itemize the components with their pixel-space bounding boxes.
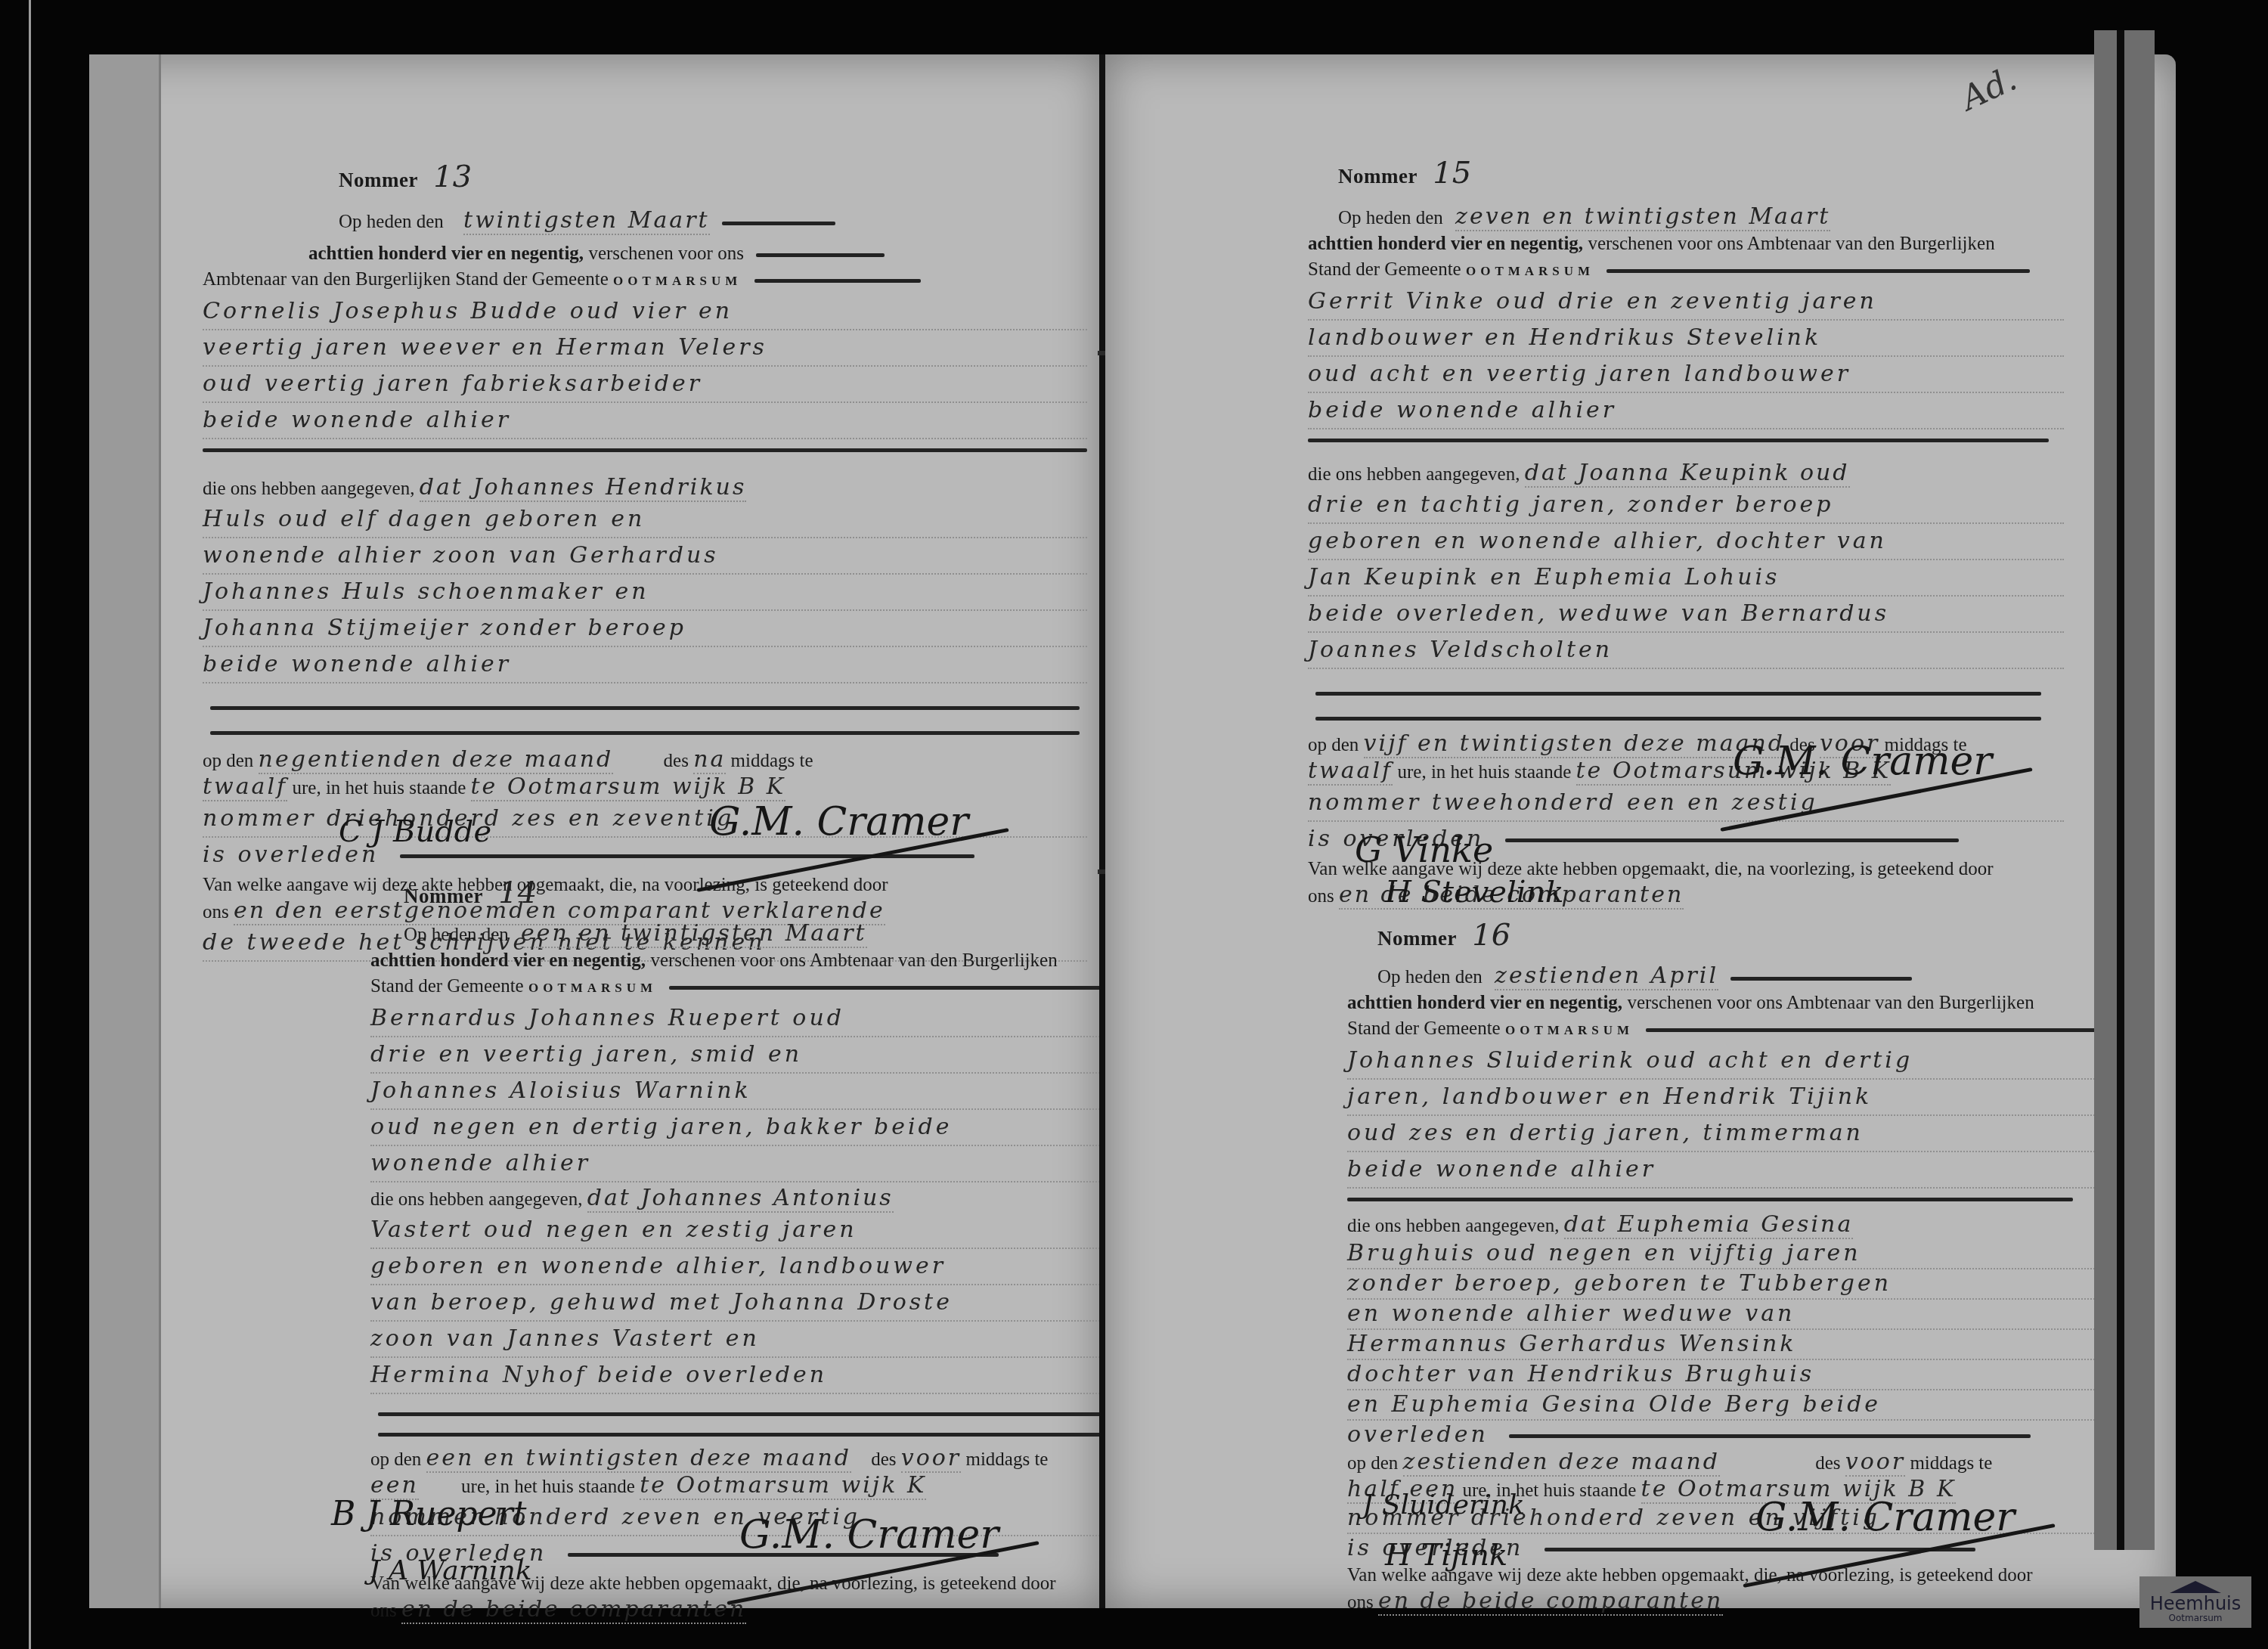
aangegeven-line: die ons hebben aangegeven, dat Euphemia … [1347,1212,2103,1239]
verschenen-text: verschenen voor ons Ambtenaar van den Bu… [1627,993,2034,1013]
year-phrase: achttien honderd vier en negentig, [1308,234,1583,254]
op-den-line: op den negentienden deze maand des na mi… [203,747,1087,774]
comparants-block: Cornelis Josephus Budde oud vier en veer… [203,294,1087,439]
date-written: zeven en twintigsten Maart [1455,203,1830,231]
declared-line: Joannes Veldscholten [1308,633,2064,669]
municipality: OOTMARSUM [1466,264,1594,278]
voor-na: voor [901,1445,961,1473]
comparant-line: drie en veertig jaren, smid en [370,1037,1126,1074]
declared-line: Hermannus Gerhardus Wensink [1347,1330,2103,1360]
comparant-line: oud acht en veertig jaren landbouwer [1308,357,2064,393]
declared-line: dat Euphemia Gesina [1564,1211,1854,1239]
filler-rule [1505,838,1959,842]
comparants-block: Johannes Sluiderink oud acht en dertig j… [1347,1043,2103,1189]
filler-rule [722,222,835,225]
register-book: Nommer 13 Op heden den twintigsten Maart… [89,54,2176,1608]
stand-line: Stand der Gemeente OOTMARSUM [1308,257,2094,284]
op-heden-label: Op heden den [1377,967,1483,987]
death-day: zestienden deze maand [1403,1449,1720,1477]
declared-line: dat Joanna Keupink oud [1525,460,1850,488]
filler-rule [754,279,921,283]
declared-line: Brughuis oud negen en vijftig jaren [1347,1239,2103,1269]
death-day: een en twintigsten deze maand [426,1445,851,1473]
declared-line: Johanna Stijmeijer zonder beroep [203,611,1087,647]
scanner-edge-line [29,0,31,1649]
signature-comparant: J Sluiderink [1362,1489,1525,1520]
filler-rule [1606,269,2030,273]
voor-na: voor [1845,1449,1905,1477]
section-rule [1315,717,2041,721]
op-heden-label: Op heden den [1338,208,1443,228]
op-den-line: op den een en twintigsten deze maand des… [370,1446,1126,1473]
next-sheet-edge [2094,30,2155,1550]
date-line: Op heden den zestienden April [1377,963,2133,990]
stand-label: Stand der Gemeente [1347,1018,1501,1039]
declared-line: zoon van Jannes Vastert en [370,1322,1126,1358]
aangegeven-label: die ons hebben aangegeven, [1347,1216,1559,1236]
declared-line: zonder beroep, geboren te Tubbergen [1347,1269,2103,1300]
verschenen-text: verschenen voor ons [588,243,744,264]
declared-line: dat Johannes Hendrikus [420,474,747,502]
op-heden-label: Op heden den [339,212,444,232]
declared-line: dochter van Hendrikus Brughuis [1347,1360,2103,1390]
declared-line: geboren en wonende alhier, dochter van [1308,524,2064,560]
op-den-label: op den [203,751,253,771]
signed-by: en de beide comparanten [401,1596,746,1624]
nommer-label: Nommer [1377,927,1457,950]
ambtenaar-text: Ambtenaar van den Burgerlijken Stand der… [203,269,609,290]
right-page: Ad. Nommer 15 Op heden den zeven en twin… [1105,54,2176,1608]
aangegeven-line: die ons hebben aangegeven, dat Joanna Ke… [1308,460,2064,488]
nommer-label: Nommer [1338,165,1417,188]
record-number: 16 [1472,918,1510,953]
stand-line: Stand der Gemeente OOTMARSUM [1347,1016,2133,1043]
section-rule [378,1412,1104,1416]
signature-comparant: H Stevelink [1385,875,1564,910]
section-rule [1347,1198,2073,1201]
filler-rule [669,986,1115,990]
signature-comparant: G Vinke [1355,829,1493,870]
declared-line: drie en tachtig jaren, zonder beroep [1308,488,2064,524]
filler-rule [1730,977,1912,981]
signature-comparant: B J Ruepert [331,1495,526,1533]
declared-line: en wonende alhier weduwe van [1347,1300,2103,1330]
comparant-line: landbouwer en Hendrikus Stevelink [1308,321,2064,357]
signature-official: G.M. Cramer [709,799,968,845]
section-rule [210,706,1080,710]
op-heden-label: Op heden den [404,925,509,945]
declared-line: overleden [1347,1421,1489,1448]
stand-line: Stand der Gemeente OOTMARSUM [370,974,1160,1001]
section-rule [378,1433,1104,1437]
comparant-line: Johannes Sluiderink oud acht en dertig [1347,1043,2103,1080]
op-den-label: op den [1347,1453,1398,1474]
year-line: achttien honderd vier en negentig, versc… [1308,231,2094,257]
left-page: Nommer 13 Op heden den twintigsten Maart… [89,54,1102,1608]
ons-label: ons [1308,886,1334,907]
watermark-title: Heemhuis [2150,1595,2242,1613]
corner-annotation: Ad. [1956,60,2023,118]
declared-line: Huls oud elf dagen geboren en [203,502,1087,538]
section-rule [1315,692,2041,696]
des-label: des [871,1449,896,1470]
declared-line: en Euphemia Gesina Olde Berg beide [1347,1390,2103,1421]
op-den-line: op den zestienden deze maand des voor mi… [1347,1449,2103,1477]
comparant-line: veertig jaren weever en Herman Velers [203,330,1087,367]
hour: twaalf [1308,758,1393,786]
comparant-line: oud zes en dertig jaren, timmerman [1347,1116,2103,1152]
comparant-line: Cornelis Josephus Budde oud vier en [203,294,1087,330]
signature-official: G.M. Cramer [1755,1495,2015,1540]
verschenen-text: verschenen voor ons Ambtenaar van den Bu… [650,950,1057,971]
signed-by: en de beide comparanten [1378,1588,1723,1616]
book-gutter [1099,54,1105,1608]
comparant-line: jaren, landbouwer en Hendrik Tijink [1347,1080,2103,1116]
signature-comparant: H Tijink [1385,1538,1507,1573]
declared-last: overleden [1347,1421,2103,1449]
filler-rule [1509,1434,2031,1438]
comparant-line: Johannes Aloisius Warnink [370,1074,1126,1110]
hour: twaalf [203,773,287,801]
middags-label: middags te [965,1449,1048,1470]
section-rule [210,731,1080,735]
ons-label: ons [1347,1592,1374,1613]
aangegeven-label: die ons hebben aangegeven, [203,479,414,499]
declared-line: beide wonende alhier [203,647,1087,683]
date-line: Op heden den twintigsten Maart [339,208,1095,235]
des-label: des [1815,1453,1840,1474]
filler-rule [1646,1028,2099,1032]
verschenen-text: verschenen voor ons Ambtenaar van den Bu… [1588,234,1994,254]
watermark-subtitle: Ootmarsum [2168,1613,2222,1623]
municipality: OOTMARSUM [528,981,657,995]
nommer-label: Nommer [404,885,483,907]
comparant-line: beide wonende alhier [1308,393,2064,429]
filler-rule [756,253,885,257]
hour-line: twaalf ure, in het huis staande te Ootma… [203,774,1087,801]
ure-label: ure, in het huis staande [461,1477,635,1497]
year-line: achttien honderd vier en negentig, versc… [1347,990,2133,1016]
record-number: 15 [1433,156,1471,191]
year-line: achttien honderd vier en negentig, versc… [308,241,1095,267]
ons-line: ons en de beide comparanten [1347,1589,2103,1616]
comparant-line: Bernardus Johannes Ruepert oud [370,1001,1126,1037]
place-line: nommer tweehonderd een en zestig [1308,786,2064,822]
declaration-block: die ons hebben aangegeven, dat Johannes … [370,1186,1126,1394]
aangegeven-line: die ons hebben aangegeven, dat Johannes … [370,1186,1126,1213]
ure-label: ure, in het huis staande [292,778,466,798]
signature-comparant: C J Budde [339,814,491,849]
comparant-line: wonende alhier [370,1146,1126,1183]
section-rule [1308,439,2049,442]
date-line: Op heden den een en twintigsten Maart [404,921,1160,948]
declared-line: geboren en wonende alhier, landbouwer [370,1249,1126,1285]
comparant-line: oud veertig jaren fabrieksarbeider [203,367,1087,403]
filler-rule [1545,1548,1975,1551]
nommer-line: Nommer 16 [1377,922,2133,953]
nommer-line: Nommer 14 [404,880,1160,910]
ons-label: ons [370,1601,397,1621]
section-rule [203,448,1087,452]
comparants-block: Gerrit Vinke oud drie en zeventig jaren … [1308,284,2064,429]
year-phrase: achttien honderd vier en negentig, [370,950,646,971]
nommer-line: Nommer 15 [1338,160,2094,191]
comparant-line: Gerrit Vinke oud drie en zeventig jaren [1308,284,2064,321]
record-number: 14 [498,876,537,910]
declared-line: Jan Keupink en Euphemia Lohuis [1308,560,2064,597]
des-label: des [664,751,689,771]
binding-strip [89,54,161,1608]
stand-label: Stand der Gemeente [370,976,524,997]
signature-official: G.M. Cramer [739,1512,999,1558]
death-day: vijf en twintigsten deze maand [1364,730,1785,758]
voor-na: na [693,746,726,774]
aangegeven-line: die ons hebben aangegeven, dat Johannes … [203,475,1087,502]
ambtenaar-line: Ambtenaar van den Burgerlijken Stand der… [203,267,1095,294]
declared-line: Johannes Huls schoenmaker en [203,575,1087,611]
op-den-label: op den [1308,735,1359,755]
place: te Ootmarsum wijk K [640,1472,926,1500]
nommer-label: Nommer [339,169,418,191]
declared-line: wonende alhier zoon van Gerhardus [203,538,1087,575]
death-day: negentienden deze maand [259,746,614,774]
year-line: achttien honderd vier en negentig, versc… [370,948,1160,974]
comparant-line: beide wonende alhier [1347,1152,2103,1189]
heemhuis-watermark: Heemhuis Ootmarsum [2139,1576,2251,1628]
declared-line: van beroep, gehuwd met Johanna Droste [370,1285,1126,1322]
year-phrase: achttien honderd vier en negentig, [1347,993,1622,1013]
date-written: een en twintigsten Maart [521,920,866,948]
ure-label: ure, in het huis staande [1397,762,1571,783]
middags-label: middags te [731,751,813,771]
house-roof-icon [2170,1581,2221,1593]
record-number: 13 [433,160,472,194]
comparants-block: Bernardus Johannes Ruepert oud drie en v… [370,1001,1126,1183]
signature-comparant: J A Warnink [369,1555,532,1586]
middags-label: middags te [1910,1453,1992,1474]
declared-line: dat Johannes Antonius [587,1185,894,1213]
declared-line: Vastert oud negen en zestig jaren [370,1213,1126,1249]
record-15: Nommer 15 Op heden den zeven en twintigs… [1338,160,2094,910]
date-line: Op heden den zeven en twintigsten Maart [1338,204,2094,231]
signature-official: G.M. Cramer [1733,739,1992,784]
stand-label: Stand der Gemeente [1308,259,1461,280]
place: te Ootmarsum wijk B K [471,773,786,801]
nommer-line: Nommer 13 [339,164,1095,194]
declaration-block: die ons hebben aangegeven, dat Euphemia … [1347,1212,2103,1449]
comparant-line: oud negen en dertig jaren, bakker beide [370,1110,1126,1146]
date-written: zestienden April [1495,962,1718,990]
aangegeven-label: die ons hebben aangegeven, [1308,464,1520,485]
op-den-label: op den [370,1449,421,1470]
municipality: OOTMARSUM [613,274,742,288]
ons-label: ons [203,902,229,922]
declaration-block: die ons hebben aangegeven, dat Johannes … [203,475,1087,683]
municipality: OOTMARSUM [1505,1023,1634,1037]
year-phrase: achttien honderd vier en negentig, [308,243,584,264]
declaration-block: die ons hebben aangegeven, dat Joanna Ke… [1308,460,2064,669]
declared-line: Hermina Nyhof beide overleden [370,1358,1126,1394]
date-written: twintigsten Maart [463,207,709,235]
aangegeven-label: die ons hebben aangegeven, [370,1189,582,1210]
comparant-line: beide wonende alhier [203,403,1087,439]
declared-line: beide overleden, weduwe van Bernardus [1308,597,2064,633]
